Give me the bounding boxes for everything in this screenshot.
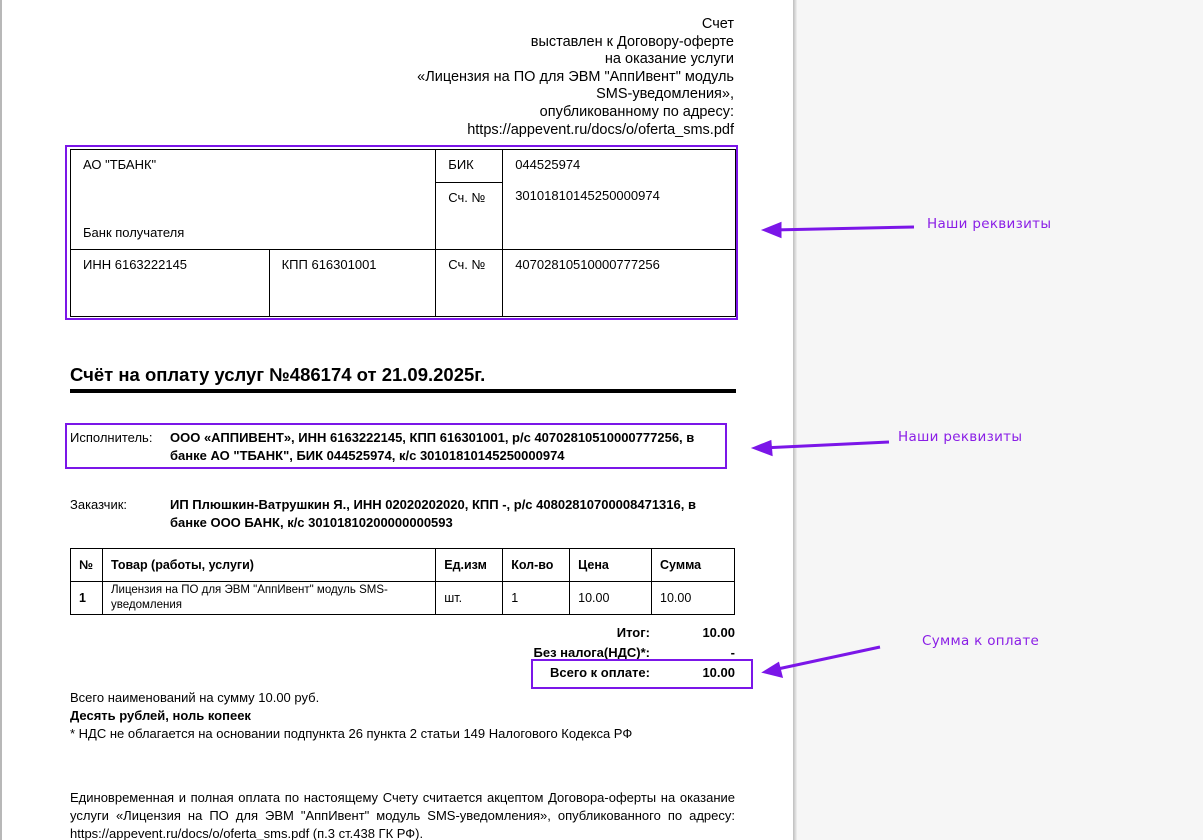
executor-callout-label: Наши реквизиты [898, 429, 1022, 445]
col-unit: Ед.изм [436, 549, 503, 582]
page-edge-shadow [793, 0, 797, 840]
summary-block: Всего наименований на сумму 10.00 руб. Д… [70, 689, 632, 743]
col-number: № [71, 549, 103, 582]
bank-name: АО "ТБАНК" [83, 157, 423, 172]
account-value: 40702810510000777256 [503, 250, 736, 317]
bank-callout-label: Наши реквизиты [927, 216, 1051, 232]
header-line: на оказание услуги [314, 51, 734, 69]
col-price: Цена [570, 549, 652, 582]
invoice-header: Счет выставлен к Договору-оферте на оказ… [314, 16, 734, 139]
item-quantity: 1 [503, 582, 570, 615]
amount-in-words: Десять рублей, ноль копеек [70, 707, 632, 725]
bik-cell: 044525974 30101810145250000974 [503, 150, 736, 250]
bik-value: 044525974 [515, 157, 723, 172]
header-line: опубликованному по адресу: [314, 104, 734, 122]
header-line: Счет [314, 16, 734, 34]
offer-acceptance-text: Единовременная и полная оплата по настоя… [70, 789, 735, 840]
account-label: Сч. № [436, 250, 503, 317]
subtotal-label: Итог: [482, 625, 680, 640]
item-name: Лицензия на ПО для ЭВМ "АппИвент" модуль… [102, 582, 435, 615]
inn-cell: ИНН 6163222145 [71, 250, 270, 317]
corr-account-value: 30101810145250000974 [515, 188, 723, 203]
subtotal-row: Итог: 10.00 [482, 625, 735, 640]
col-quantity: Кол-во [503, 549, 570, 582]
bank-details-table: АО "ТБАНК" Банк получателя БИК 044525974… [70, 149, 736, 317]
invoice-title: Счёт на оплату услуг №486174 от 21.09.20… [70, 364, 736, 393]
bank-name-cell: АО "ТБАНК" Банк получателя [71, 150, 436, 250]
subtotal-value: 10.00 [680, 625, 735, 640]
col-sum: Сумма [652, 549, 735, 582]
total-row: Всего к оплате: 10.00 [482, 665, 735, 680]
header-url: https://appevent.ru/docs/o/oferta_sms.pd… [314, 122, 734, 140]
corr-account-label: Сч. № [436, 183, 503, 250]
customer-label: Заказчик: [70, 496, 170, 532]
items-count-line: Всего наименований на сумму 10.00 руб. [70, 689, 632, 707]
item-unit: шт. [436, 582, 503, 615]
customer-row: Заказчик: ИП Плюшкин-Ватрушкин Я., ИНН 0… [70, 496, 730, 532]
document-page: Счет выставлен к Договору-оферте на оказ… [0, 0, 793, 840]
vat-label: Без налога(НДС)*: [482, 645, 680, 660]
item-sum: 10.00 [652, 582, 735, 615]
bik-label: БИК [436, 150, 503, 183]
item-number: 1 [71, 582, 103, 615]
total-label: Всего к оплате: [482, 665, 680, 680]
vat-row: Без налога(НДС)*: - [482, 645, 735, 660]
table-row: 1 Лицензия на ПО для ЭВМ "АппИвент" моду… [71, 582, 735, 615]
executor-details: ООО «АППИВЕНТ», ИНН 6163222145, КПП 6163… [170, 429, 730, 465]
header-line: выставлен к Договору-оферте [314, 34, 734, 52]
items-table: № Товар (работы, услуги) Ед.изм Кол-во Ц… [70, 548, 735, 615]
items-header-row: № Товар (работы, услуги) Ед.изм Кол-во Ц… [71, 549, 735, 582]
bank-caption: Банк получателя [83, 225, 184, 240]
header-line: SMS-уведомления», [314, 86, 734, 104]
total-callout-label: Сумма к оплате [922, 633, 1039, 649]
kpp-cell: КПП 616301001 [269, 250, 436, 317]
customer-details: ИП Плюшкин-Ватрушкин Я., ИНН 02020202020… [170, 496, 730, 532]
vat-value: - [680, 645, 735, 660]
header-line: «Лицензия на ПО для ЭВМ "АппИвент" модул… [314, 69, 734, 87]
executor-row: Исполнитель: ООО «АППИВЕНТ», ИНН 6163222… [70, 429, 730, 465]
total-value: 10.00 [680, 665, 735, 680]
vat-note: * НДС не облагается на основании подпунк… [70, 725, 632, 743]
col-product: Товар (работы, услуги) [102, 549, 435, 582]
executor-label: Исполнитель: [70, 429, 170, 465]
item-price: 10.00 [570, 582, 652, 615]
